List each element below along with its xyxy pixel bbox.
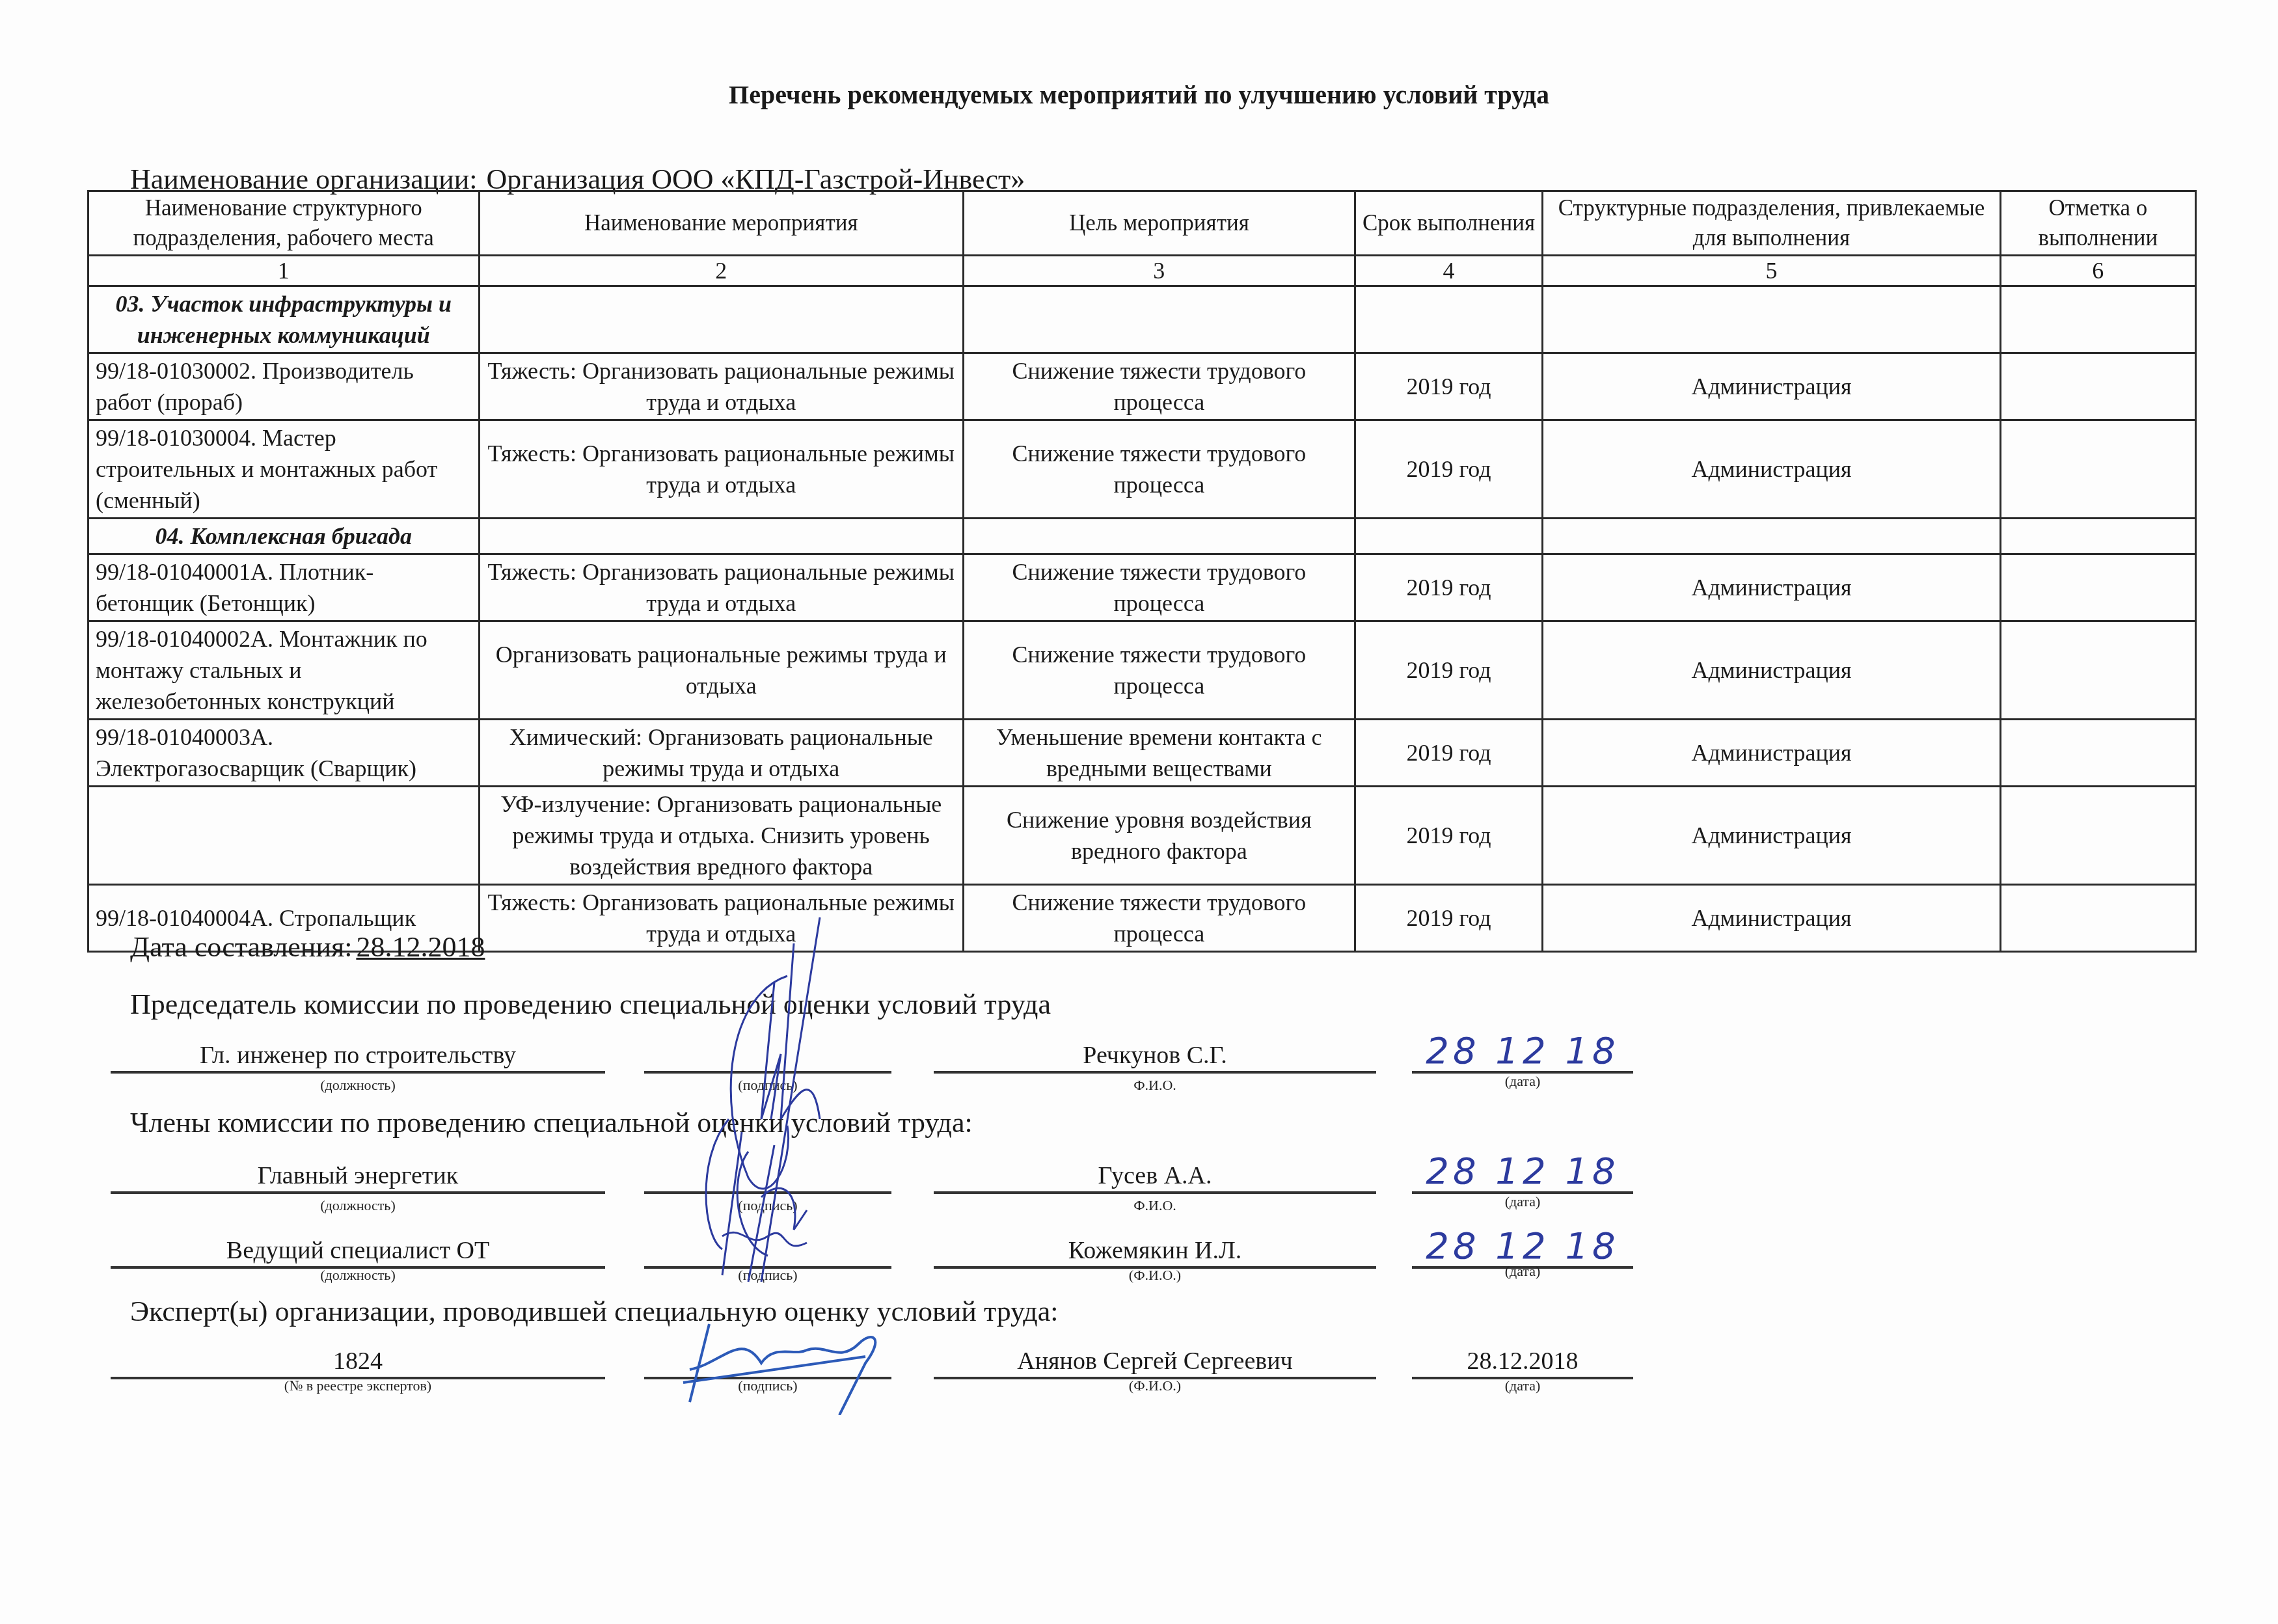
measure-cell: Тяжесть: Организовать рациональные режим… xyxy=(479,353,963,420)
table-row: 99/18-01040001А. Плотник-бетонщик (Бетон… xyxy=(88,554,2196,621)
table-body: 03. Участок инфраструктуры и инженерных … xyxy=(88,286,2196,952)
position-value: Гл. инженер по строительству xyxy=(200,1042,516,1069)
table-row: 99/18-01040002А. Монтажник по монтажу ст… xyxy=(88,621,2196,720)
signature-field: (подпись) xyxy=(644,1346,891,1379)
signature-caption: (подпись) xyxy=(644,1077,891,1093)
handwritten-date: 28 12 18 xyxy=(1426,1150,1619,1193)
goal-cell: Снижение тяжести трудового процесса xyxy=(963,885,1355,952)
registry-field: 1824(№ в реестре экспертов) xyxy=(111,1346,605,1379)
section-row: 03. Участок инфраструктуры и инженерных … xyxy=(88,286,2196,353)
header-units: Структурные подразделения, привлекаемые … xyxy=(1543,191,2000,256)
date-caption: (дата) xyxy=(1412,1264,1633,1279)
workplace-cell xyxy=(88,787,480,885)
header-mark: Отметка о выполнении xyxy=(2000,191,2195,256)
units-cell: Администрация xyxy=(1543,885,2000,952)
table-header-row: Наименование структурного подразделения,… xyxy=(88,191,2196,256)
units-cell: Администрация xyxy=(1543,353,2000,420)
position-field: Ведущий специалист ОТ(должность) xyxy=(111,1235,605,1269)
empty-cell xyxy=(479,286,963,353)
empty-cell xyxy=(1355,519,1543,554)
column-number: 2 xyxy=(479,256,963,286)
header-measure: Наименование мероприятия xyxy=(479,191,963,256)
mark-cell xyxy=(2000,554,2195,621)
table-row: УФ-излучение: Организовать рациональные … xyxy=(88,787,2196,885)
name-value: Гусев А.А. xyxy=(1098,1162,1212,1189)
term-cell: 2019 год xyxy=(1355,621,1543,720)
mark-cell xyxy=(2000,787,2195,885)
mark-cell xyxy=(2000,420,2195,519)
measure-cell: УФ-излучение: Организовать рациональные … xyxy=(479,787,963,885)
name-value: Речкунов С.Г. xyxy=(1083,1042,1227,1069)
term-cell: 2019 год xyxy=(1355,885,1543,952)
signature-field: (подпись) xyxy=(644,1160,891,1194)
mark-cell xyxy=(2000,720,2195,787)
mark-cell xyxy=(2000,353,2195,420)
chairman-signature-row: Гл. инженер по строительству(должность) … xyxy=(111,1015,1646,1093)
section-title: 03. Участок инфраструктуры и инженерных … xyxy=(88,286,480,353)
compiled-date-line: Дата составления:28.12.2018 xyxy=(130,930,485,964)
column-number: 5 xyxy=(1543,256,2000,286)
member-signature-row: Главный энергетик(должность) (подпись) Г… xyxy=(111,1135,1646,1213)
empty-cell xyxy=(1543,286,2000,353)
workplace-cell: 99/18-01040002А. Монтажник по монтажу ст… xyxy=(88,621,480,720)
table-row: 99/18-01030002. Производитель работ (про… xyxy=(88,353,2196,420)
column-number: 3 xyxy=(963,256,1355,286)
compiled-label: Дата составления: xyxy=(130,931,352,963)
measure-cell: Тяжесть: Организовать рациональные режим… xyxy=(479,554,963,621)
document-title: Перечень рекомендуемых мероприятий по ул… xyxy=(0,79,2278,110)
workplace-cell: 99/18-01030002. Производитель работ (про… xyxy=(88,353,480,420)
column-number: 1 xyxy=(88,256,480,286)
empty-cell xyxy=(2000,519,2195,554)
name-caption: Ф.И.О. xyxy=(934,1077,1376,1093)
measure-cell: Тяжесть: Организовать рациональные режим… xyxy=(479,420,963,519)
header-workplace: Наименование структурного подразделения,… xyxy=(88,191,480,256)
name-field: Кожемякин И.Л.(Ф.И.О.) xyxy=(934,1235,1376,1269)
table-row: 99/18-01040003А. Электрогазосварщик (Сва… xyxy=(88,720,2196,787)
workplace-cell: 99/18-01040001А. Плотник-бетонщик (Бетон… xyxy=(88,554,480,621)
term-cell: 2019 год xyxy=(1355,720,1543,787)
column-number-row: 1 2 3 4 5 6 xyxy=(88,256,2196,286)
units-cell: Администрация xyxy=(1543,420,2000,519)
position-value: Главный энергетик xyxy=(258,1162,458,1189)
position-field: Главный энергетик(должность) xyxy=(111,1160,605,1194)
section-title: 04. Комплексная бригада xyxy=(88,519,480,554)
units-cell: Администрация xyxy=(1543,554,2000,621)
mark-cell xyxy=(2000,621,2195,720)
goal-cell: Снижение тяжести трудового процесса xyxy=(963,353,1355,420)
date-field: 28 12 18(дата) xyxy=(1412,1156,1633,1194)
measure-cell: Тяжесть: Организовать рациональные режим… xyxy=(479,885,963,952)
goal-cell: Снижение уровня воздействия вредного фак… xyxy=(963,787,1355,885)
term-cell: 2019 год xyxy=(1355,353,1543,420)
signature-field: (подпись) xyxy=(644,1235,891,1269)
date-caption: (дата) xyxy=(1412,1074,1633,1089)
compiled-date: 28.12.2018 xyxy=(352,931,485,963)
position-field: Гл. инженер по строительству(должность) xyxy=(111,1040,605,1074)
name-value: Анянов Сергей Сергеевич xyxy=(1017,1347,1292,1375)
members-heading: Члены комиссии по проведению специальной… xyxy=(130,1106,973,1139)
member-signature-row: Ведущий специалист ОТ(должность) (подпис… xyxy=(111,1210,1646,1288)
signature-caption: (подпись) xyxy=(644,1378,891,1394)
date-caption: (дата) xyxy=(1412,1194,1633,1210)
header-goal: Цель мероприятия xyxy=(963,191,1355,256)
column-number: 4 xyxy=(1355,256,1543,286)
date-value: 28.12.2018 xyxy=(1467,1347,1579,1375)
table-row: 99/18-01030004. Мастер строительных и мо… xyxy=(88,420,2196,519)
goal-cell: Снижение тяжести трудового процесса xyxy=(963,554,1355,621)
mark-cell xyxy=(2000,885,2195,952)
empty-cell xyxy=(1543,519,2000,554)
registry-caption: (№ в реестре экспертов) xyxy=(111,1378,605,1394)
section-row: 04. Комплексная бригада xyxy=(88,519,2196,554)
units-cell: Администрация xyxy=(1543,720,2000,787)
signature-caption: (подпись) xyxy=(644,1267,891,1283)
name-field: Анянов Сергей Сергеевич(Ф.И.О.) xyxy=(934,1346,1376,1379)
position-caption: (должность) xyxy=(111,1267,605,1283)
empty-cell xyxy=(963,286,1355,353)
goal-cell: Уменьшение времени контакта с вредными в… xyxy=(963,720,1355,787)
empty-cell xyxy=(1355,286,1543,353)
empty-cell xyxy=(963,519,1355,554)
measure-cell: Химический: Организовать рациональные ре… xyxy=(479,720,963,787)
goal-cell: Снижение тяжести трудового процесса xyxy=(963,621,1355,720)
column-number: 6 xyxy=(2000,256,2195,286)
term-cell: 2019 год xyxy=(1355,420,1543,519)
date-field: 28 12 18(дата) xyxy=(1412,1231,1633,1269)
handwritten-date: 28 12 18 xyxy=(1426,1030,1619,1072)
term-cell: 2019 год xyxy=(1355,787,1543,885)
position-value: Ведущий специалист ОТ xyxy=(226,1237,489,1264)
date-field: 28 12 18(дата) xyxy=(1412,1036,1633,1074)
term-cell: 2019 год xyxy=(1355,554,1543,621)
position-caption: (должность) xyxy=(111,1077,605,1093)
units-cell: Администрация xyxy=(1543,621,2000,720)
date-field: 28.12.2018(дата) xyxy=(1412,1346,1633,1379)
workplace-cell: 99/18-01040003А. Электрогазосварщик (Сва… xyxy=(88,720,480,787)
empty-cell xyxy=(479,519,963,554)
name-caption: (Ф.И.О.) xyxy=(934,1378,1376,1394)
measures-table: Наименование структурного подразделения,… xyxy=(87,190,2197,953)
name-value: Кожемякин И.Л. xyxy=(1068,1237,1242,1264)
signature-field: (подпись) xyxy=(644,1040,891,1074)
workplace-cell: 99/18-01030004. Мастер строительных и мо… xyxy=(88,420,480,519)
registry-number: 1824 xyxy=(333,1347,383,1375)
expert-signature-row: 1824(№ в реестре экспертов) (подпись) Ан… xyxy=(111,1321,1646,1399)
date-caption: (дата) xyxy=(1412,1378,1633,1394)
name-field: Речкунов С.Г.Ф.И.О. xyxy=(934,1040,1376,1074)
header-term: Срок выполнения xyxy=(1355,191,1543,256)
goal-cell: Снижение тяжести трудового процесса xyxy=(963,420,1355,519)
measure-cell: Организовать рациональные режимы труда и… xyxy=(479,621,963,720)
units-cell: Администрация xyxy=(1543,787,2000,885)
empty-cell xyxy=(2000,286,2195,353)
handwritten-date: 28 12 18 xyxy=(1426,1225,1619,1267)
name-caption: (Ф.И.О.) xyxy=(934,1267,1376,1283)
name-field: Гусев А.А.Ф.И.О. xyxy=(934,1160,1376,1194)
